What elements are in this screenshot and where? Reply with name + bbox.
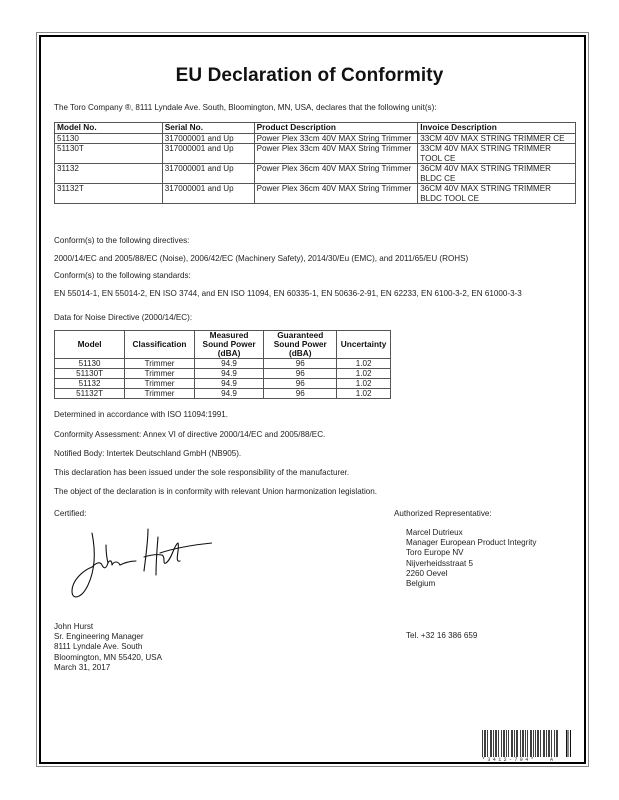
cell-serial: 317000001 and Up <box>162 184 254 204</box>
cell-model: 51132T <box>55 389 125 399</box>
cell-model: 51130 <box>55 359 125 369</box>
signer-date: March 31, 2017 <box>54 663 162 673</box>
barcode-suffix: A <box>550 757 555 763</box>
barcode-text: *3412-794*A <box>482 757 574 763</box>
cell-product: Power Plex 33cm 40V MAX String Trimmer <box>254 144 418 164</box>
units-table-header: Model No. Serial No. Product Description… <box>55 123 576 134</box>
header-invoice-description: Invoice Description <box>418 123 576 134</box>
noise-table: Model Classification Measured Sound Powe… <box>54 330 391 399</box>
signer-address-line2: Bloomington, MN 55420, USA <box>54 653 162 663</box>
header-model: Model <box>55 331 125 359</box>
table-row: 31132 317000001 and Up Power Plex 36cm 4… <box>55 164 576 184</box>
cell-model: 31132 <box>55 164 163 184</box>
cell-model: 31132T <box>55 184 163 204</box>
signer-block: John Hurst Sr. Engineering Manager 8111 … <box>54 622 162 673</box>
cell-uncertainty: 1.02 <box>337 379 391 389</box>
table-row: 51132 Trimmer 94.9 96 1.02 <box>55 379 391 389</box>
barcode <box>482 730 574 758</box>
standards-text: EN 55014-1, EN 55014-2, EN ISO 3744, and… <box>54 289 522 298</box>
document-title: EU Declaration of Conformity <box>0 65 619 87</box>
assessment-text: Conformity Assessment: Annex VI of direc… <box>54 430 325 439</box>
cell-guaranteed: 96 <box>264 359 337 369</box>
representative-phone: Tel. +32 16 386 659 <box>406 631 477 640</box>
cell-product: Power Plex 33cm 40V MAX String Trimmer <box>254 133 418 144</box>
cell-measured: 94.9 <box>194 359 263 369</box>
document-page: EU Declaration of Conformity The Toro Co… <box>0 0 619 800</box>
representative-title: Manager European Product Integrity <box>406 538 536 548</box>
harmonization-text: The object of the declaration is in conf… <box>54 487 377 496</box>
table-row: 31132T 317000001 and Up Power Plex 36cm … <box>55 184 576 204</box>
cell-measured: 94.9 <box>194 369 263 379</box>
responsibility-text: This declaration has been issued under t… <box>54 468 349 477</box>
representative-label: Authorized Representative: <box>394 509 492 518</box>
signer-name: John Hurst <box>54 622 162 632</box>
header-model-no: Model No. <box>55 123 163 134</box>
cell-classification: Trimmer <box>125 379 195 389</box>
standards-label: Conform(s) to the following standards: <box>54 271 191 280</box>
table-row: 51130 Trimmer 94.9 96 1.02 <box>55 359 391 369</box>
representative-city: 2260 Oevel <box>406 569 536 579</box>
intro-text: The Toro Company ®, 8111 Lyndale Ave. So… <box>54 103 437 112</box>
cell-uncertainty: 1.02 <box>337 369 391 379</box>
cell-invoice: 36CM 40V MAX STRING TRIMMER BLDC CE <box>418 164 576 184</box>
header-uncertainty: Uncertainty <box>337 331 391 359</box>
directives-text: 2000/14/EC and 2005/88/EC (Noise), 2006/… <box>54 254 468 263</box>
cell-classification: Trimmer <box>125 369 195 379</box>
cell-model: 51130 <box>55 133 163 144</box>
cell-classification: Trimmer <box>125 359 195 369</box>
signature-image <box>62 523 212 603</box>
representative-company: Toro Europe NV <box>406 548 536 558</box>
cell-measured: 94.9 <box>194 389 263 399</box>
cell-model: 51130T <box>55 369 125 379</box>
table-row: 51130T Trimmer 94.9 96 1.02 <box>55 369 391 379</box>
noise-label: Data for Noise Directive (2000/14/EC): <box>54 313 192 322</box>
units-table: Model No. Serial No. Product Description… <box>54 122 576 204</box>
cell-measured: 94.9 <box>194 379 263 389</box>
header-serial-no: Serial No. <box>162 123 254 134</box>
signer-address-line1: 8111 Lyndale Ave. South <box>54 642 162 652</box>
certified-label: Certified: <box>54 509 86 518</box>
cell-model: 51130T <box>55 144 163 164</box>
table-row: 51130 317000001 and Up Power Plex 33cm 4… <box>55 133 576 144</box>
noise-table-header: Model Classification Measured Sound Powe… <box>55 331 391 359</box>
representative-country: Belgium <box>406 579 536 589</box>
header-product-description: Product Description <box>254 123 418 134</box>
table-row: 51132T Trimmer 94.9 96 1.02 <box>55 389 391 399</box>
signer-title: Sr. Engineering Manager <box>54 632 162 642</box>
header-measured: Measured Sound Power (dBA) <box>194 331 263 359</box>
cell-invoice: 36CM 40V MAX STRING TRIMMER BLDC TOOL CE <box>418 184 576 204</box>
cell-invoice: 33CM 40V MAX STRING TRIMMER TOOL CE <box>418 144 576 164</box>
barcode-number: *3412-794* <box>482 757 536 763</box>
cell-uncertainty: 1.02 <box>337 359 391 369</box>
representative-name: Marcel Dutrieux <box>406 528 536 538</box>
cell-classification: Trimmer <box>125 389 195 399</box>
cell-uncertainty: 1.02 <box>337 389 391 399</box>
cell-serial: 317000001 and Up <box>162 144 254 164</box>
cell-guaranteed: 96 <box>264 389 337 399</box>
notified-body-text: Notified Body: Intertek Deutschland GmbH… <box>54 449 241 458</box>
cell-product: Power Plex 36cm 40V MAX String Trimmer <box>254 184 418 204</box>
cell-guaranteed: 96 <box>264 379 337 389</box>
header-classification: Classification <box>125 331 195 359</box>
table-row: 51130T 317000001 and Up Power Plex 33cm … <box>55 144 576 164</box>
cell-product: Power Plex 36cm 40V MAX String Trimmer <box>254 164 418 184</box>
representative-street: Nijverheidsstraat 5 <box>406 559 536 569</box>
representative-block: Marcel Dutrieux Manager European Product… <box>406 528 536 589</box>
cell-model: 51132 <box>55 379 125 389</box>
directives-label: Conform(s) to the following directives: <box>54 236 189 245</box>
cell-serial: 317000001 and Up <box>162 133 254 144</box>
cell-invoice: 33CM 40V MAX STRING TRIMMER CE <box>418 133 576 144</box>
cell-serial: 317000001 and Up <box>162 164 254 184</box>
determined-text: Determined in accordance with ISO 11094:… <box>54 410 228 419</box>
header-guaranteed: Guaranteed Sound Power (dBA) <box>264 331 337 359</box>
cell-guaranteed: 96 <box>264 369 337 379</box>
